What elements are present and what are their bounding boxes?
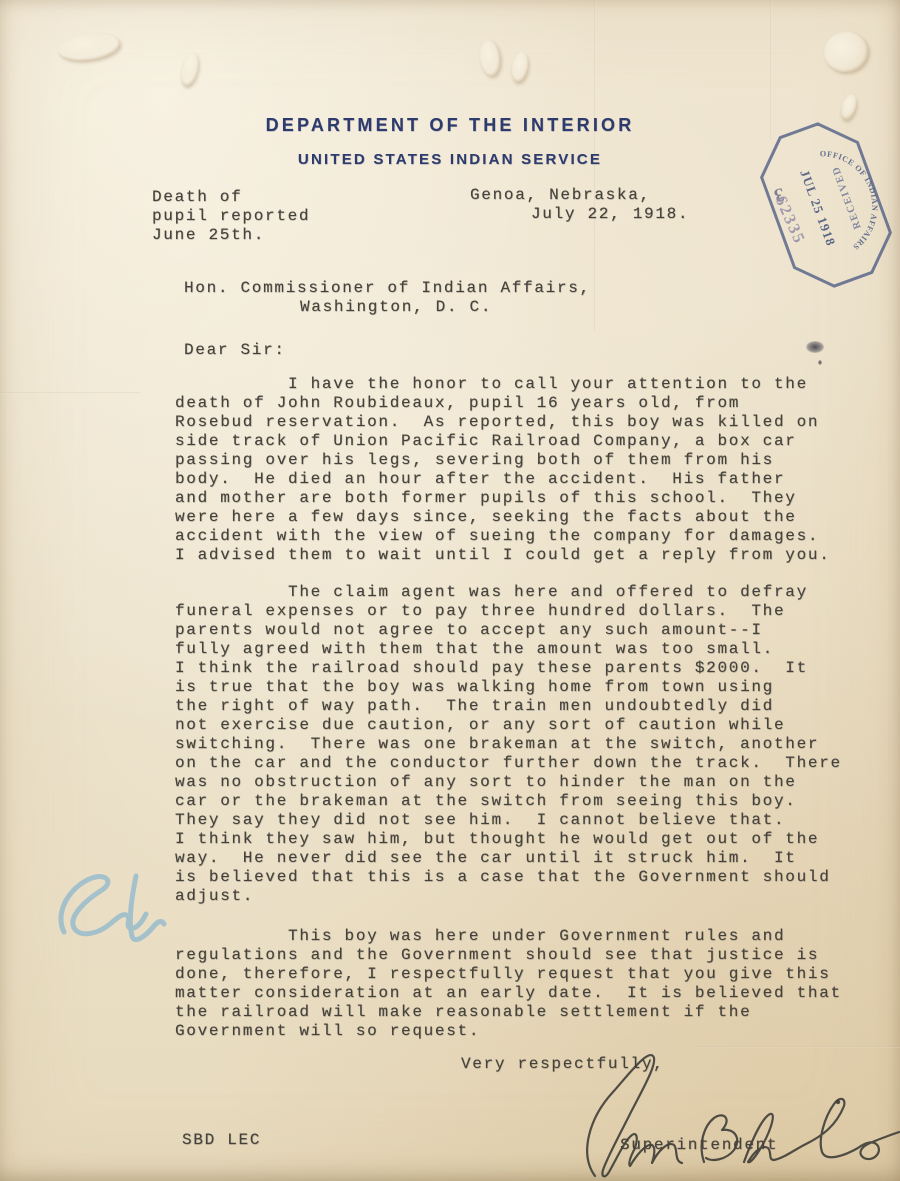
dateline-place: Genoa, Nebraska, [470, 186, 651, 205]
dateline-date: July 22, 1918. [531, 205, 689, 224]
paper-damage-mark [510, 51, 531, 83]
paper-damage-mark [178, 51, 202, 88]
reference-note-line1: Death of [152, 188, 242, 207]
signature [555, 1038, 900, 1181]
signer-title: Superintendent [620, 1136, 778, 1155]
reference-note-line3: June 25th. [152, 226, 265, 245]
paper-damage-mark [820, 28, 871, 76]
address-line1: Hon. Commissioner of Indian Affairs, [184, 279, 591, 298]
body-paragraph-3: This boy was here under Government rules… [175, 927, 842, 1041]
paper-damage-mark [478, 39, 502, 77]
margin-annotation-script [38, 858, 178, 958]
reference-initials: SBD LEC [182, 1131, 261, 1150]
body-paragraph-1: I have the honor to call your attention … [175, 375, 831, 565]
reference-note-line2: pupil reported [152, 207, 310, 226]
ink-smudge [806, 341, 824, 353]
margin-annotation [38, 858, 178, 958]
address-line2: Washington, D. C. [300, 298, 492, 317]
signature-script [555, 1038, 900, 1181]
stamp-octagon-border [751, 113, 900, 296]
paper-damage-mark [56, 30, 121, 64]
body-paragraph-2: The claim agent was here and offered to … [175, 583, 842, 906]
letter-document: DEPARTMENT OF THE INTERIOR UNITED STATES… [0, 0, 900, 1181]
ink-smudge [818, 360, 822, 365]
fold-crease [0, 392, 140, 394]
letterhead-department: DEPARTMENT OF THE INTERIOR [0, 115, 900, 136]
received-stamp: OFFICE OF INDIAN AFFAIRS RECEIVED JUL 25… [747, 109, 900, 300]
salutation: Dear Sir: [184, 341, 286, 360]
received-stamp-graphic: OFFICE OF INDIAN AFFAIRS RECEIVED JUL 25… [747, 109, 900, 300]
